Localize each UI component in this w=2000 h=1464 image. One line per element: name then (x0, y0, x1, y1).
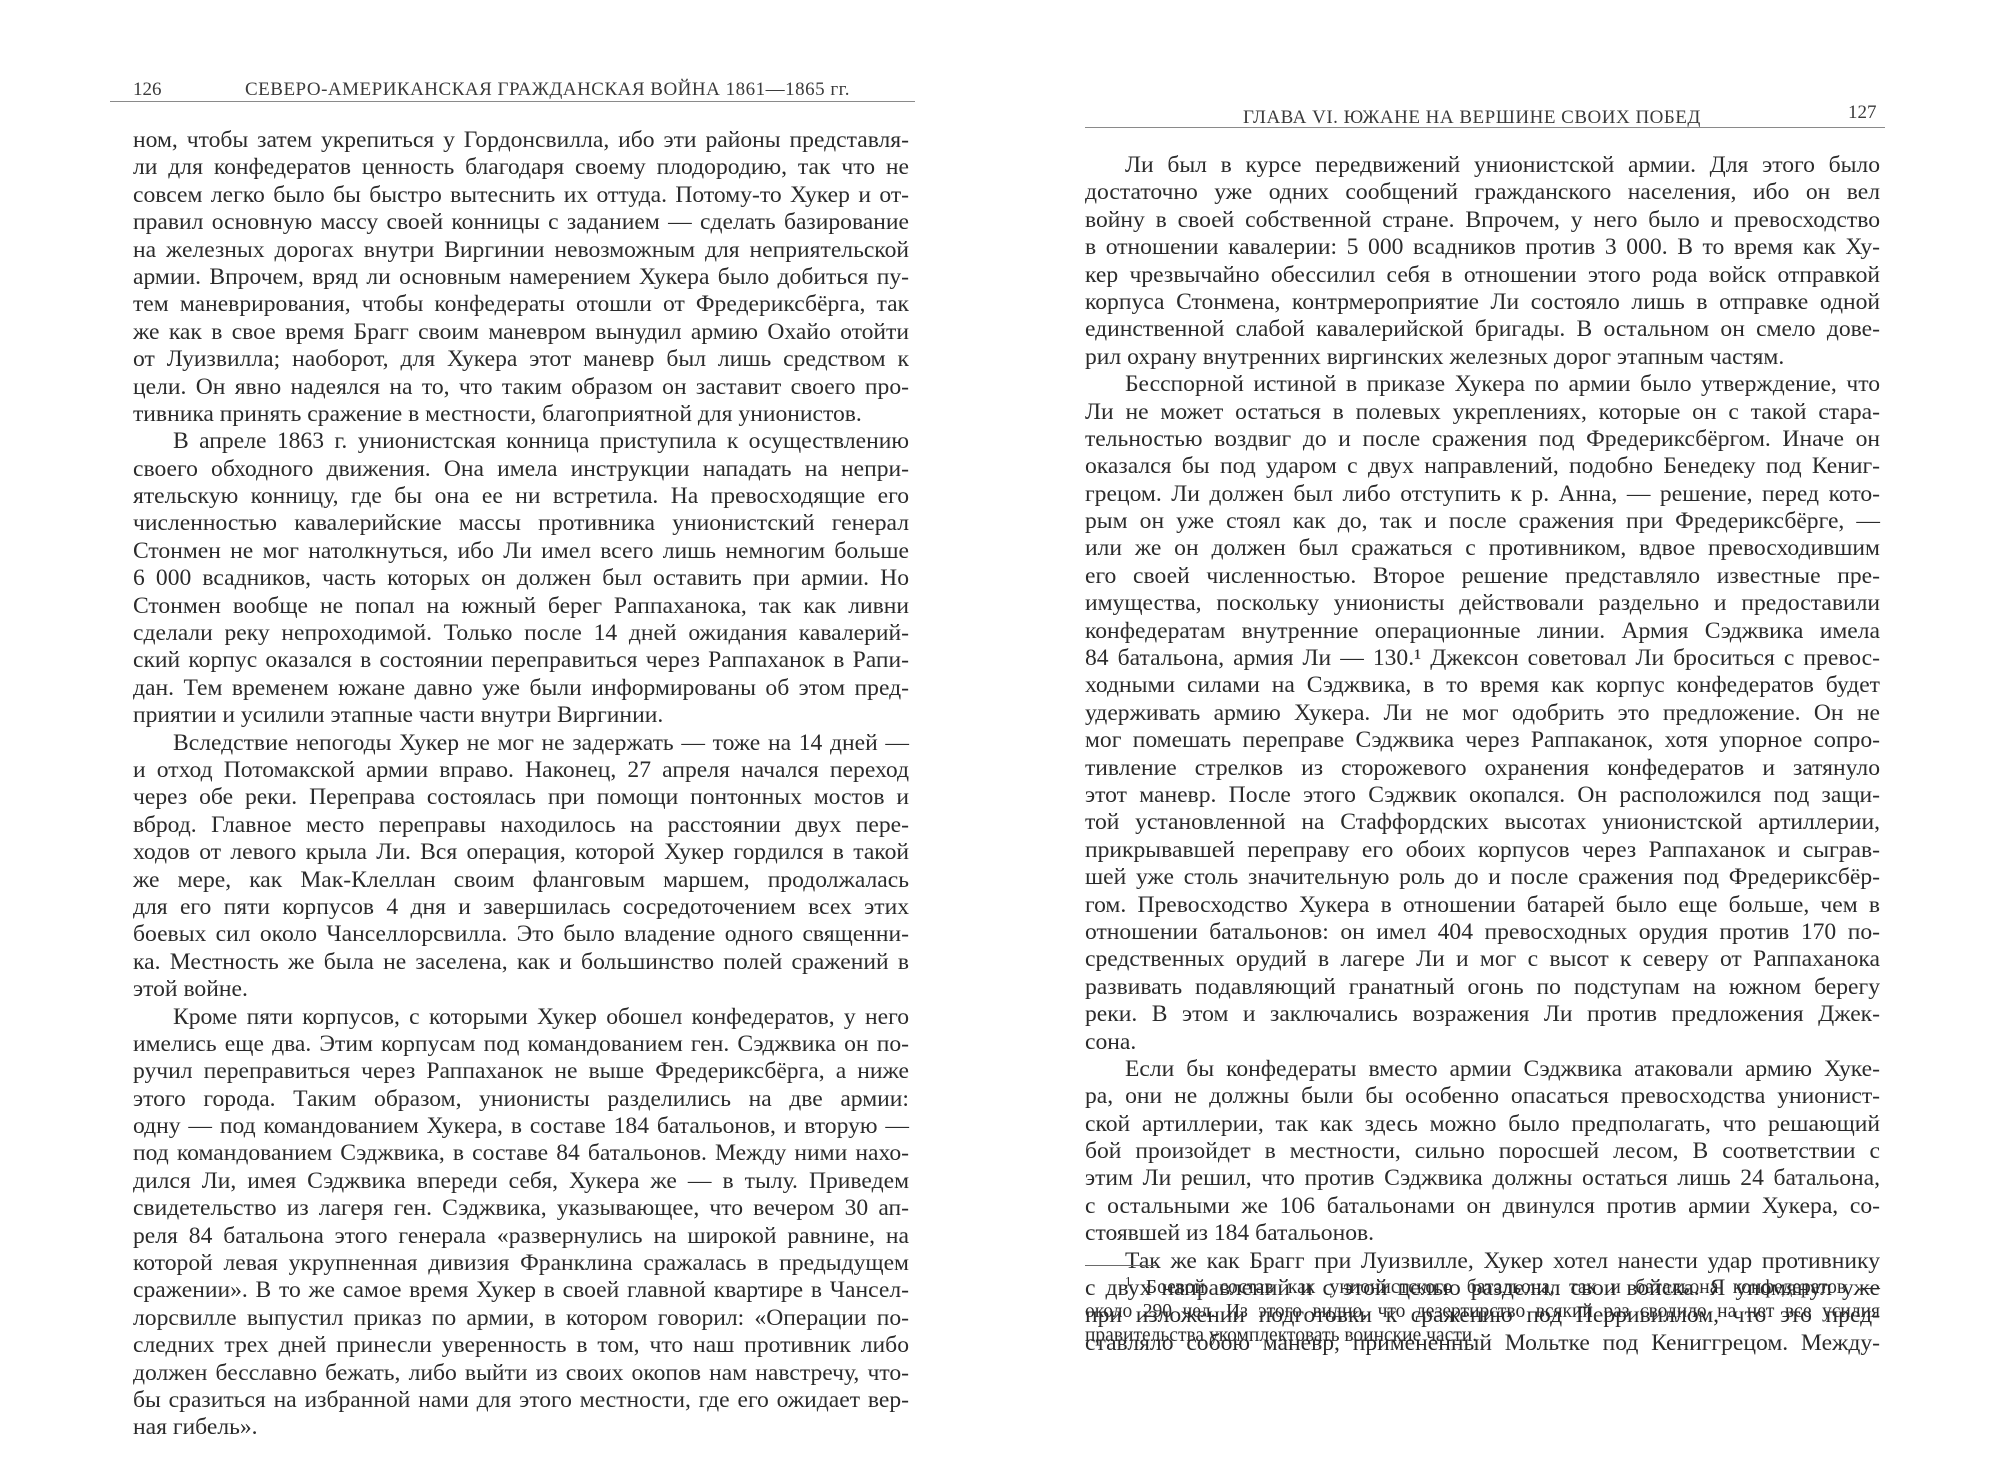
text-line: грецом. Ли должен был либо отступить к р… (1085, 481, 1880, 508)
text-line: его своей численностью. Второе решение п… (1085, 563, 1880, 590)
text-line: Стонмен вообще не попал на южный берег Р… (133, 593, 909, 620)
footnote: 1 Боевой состав как унионистского баталь… (1085, 1276, 1880, 1348)
text-line: мог помешать переправе Сэджвика через Ра… (1085, 727, 1880, 754)
text-line: этот маневр. После этого Сэджвик окопалс… (1085, 782, 1880, 809)
text-line: совсем легко было бы быстро вытеснить их… (133, 182, 909, 209)
footnote-text: Боевой состав как унионистского батальон… (1146, 1277, 1880, 1298)
text-line: численностью кавалерийские массы противн… (133, 510, 909, 537)
running-head: СЕВЕРО-АМЕРИКАНСКАЯ ГРАЖДАНСКАЯ ВОЙНА 18… (245, 79, 850, 101)
text-line: через обе реки. Переправа состоялась при… (133, 784, 909, 811)
text-line: ятельскую конницу, где бы она ее ни встр… (133, 483, 909, 510)
text-line: шей уже столь значительную роль до и пос… (1085, 864, 1880, 891)
text-line: свидетельство из лагеря ген. Сэджвика, у… (133, 1195, 909, 1222)
text-line: достаточно уже одних сообщений гражданск… (1085, 179, 1880, 206)
text-line: той установленной на Стаффордских высота… (1085, 809, 1880, 836)
text-line: стоявшей из 184 батальонов. (1085, 1220, 1880, 1247)
paragraph-start: В апреле 1863 г. унионистская конница пр… (133, 428, 909, 455)
text-line: рым он уже стоял как до, так и после сра… (1085, 508, 1880, 535)
text-line: которой левая укрупненная дивизия Франкл… (133, 1250, 909, 1277)
text-line: цели. Он явно надеялся на то, что таким … (133, 374, 909, 401)
text-line: лорсвилле выпустил приказ по армии, в ко… (133, 1305, 909, 1332)
text-line: сона. (1085, 1029, 1880, 1056)
header-rule (110, 101, 915, 102)
text-line: этой войне. (133, 976, 909, 1003)
header-rule (1085, 127, 1885, 128)
text-line: должен бесславно бежать, либо выйти из с… (133, 1360, 909, 1387)
paragraph-start: Бесспорной истиной в приказе Хукера по а… (1085, 371, 1880, 398)
text-line: же мере, как Мак-Клеллан своим фланговым… (133, 867, 909, 894)
body-text: Ли был в курсе передвижений унионистской… (1085, 152, 1880, 1357)
text-line: ручил переправиться через Раппаханок не … (133, 1058, 909, 1085)
text-line: 6 000 всадников, часть которых он должен… (133, 565, 909, 592)
text-line: армии. Впрочем, вряд ли основным намерен… (133, 264, 909, 291)
text-line: имелись еще два. Этим корпусам под коман… (133, 1031, 909, 1058)
text-line: единственной слабой кавалерийской бригад… (1085, 316, 1880, 343)
paragraph-start: Кроме пяти корпусов, с которыми Хукер об… (133, 1004, 909, 1031)
text-line: ходными силами на Сэджвика, в то время к… (1085, 672, 1880, 699)
text-line: или же он должен был сражаться с противн… (1085, 535, 1880, 562)
text-line: боевых сил около Чанселлорсвилла. Это бы… (133, 921, 909, 948)
text-line: вброд. Главное место переправы находилос… (133, 812, 909, 839)
text-line: в отношении кавалерии: 5 000 всадников п… (1085, 234, 1880, 261)
text-line: ра, они не должны были бы особенно опаса… (1085, 1083, 1880, 1110)
text-line: развивать подавляющий гранатный огонь по… (1085, 974, 1880, 1001)
text-line: тивление стрелков из сторожевого охранен… (1085, 755, 1880, 782)
text-line: под командованием Сэджвика, в составе 84… (133, 1140, 909, 1167)
text-line: сделали реку непроходимой. Только после … (133, 620, 909, 647)
page-number: 126 (133, 79, 162, 101)
text-line: этого города. Таким образом, унионисты р… (133, 1086, 909, 1113)
text-line: ский корпус оказался в состоянии перепра… (133, 647, 909, 674)
text-line: кер чрезвычайно обессилил себя в отношен… (1085, 262, 1880, 289)
text-line: реки. В этом и заключались возражения Ли… (1085, 1001, 1880, 1028)
text-line: удерживать армию Хукера. Ли не мог одобр… (1085, 700, 1880, 727)
paragraph-start: Так же как Брагг при Луизвилле, Хукер хо… (1085, 1248, 1880, 1275)
footnote-rule (1085, 1265, 1157, 1266)
text-line: рил охрану внутренних виргинских железны… (1085, 344, 1880, 371)
text-line: с остальными же 106 батальонами он двину… (1085, 1193, 1880, 1220)
paragraph-start: Ли был в курсе передвижений унионистской… (1085, 152, 1880, 179)
text-line: тельностью воздвиг до и после сражения п… (1085, 426, 1880, 453)
text-line: гом. Превосходство Хукера в отношении ба… (1085, 892, 1880, 919)
page-number: 127 (1848, 102, 1877, 124)
text-line: тивника принять сражение в местности, бл… (133, 401, 909, 428)
text-line: дился Ли, имея Сэджвика впереди себя, Ху… (133, 1168, 909, 1195)
body-text: ном, чтобы затем укрепиться у Гордонсвил… (133, 127, 909, 1442)
text-line: и отход Потомакской армии вправо. Наконе… (133, 757, 909, 784)
text-line: для его пяти корпусов 4 дня и завершилас… (133, 894, 909, 921)
text-line: корпуса Стонмена, контрмероприятие Ли со… (1085, 289, 1880, 316)
text-line: следних трех дней принесли уверенность в… (133, 1332, 909, 1359)
text-line: ходов от левого крыла Ли. Вся операция, … (133, 839, 909, 866)
text-line: сражении». В то же самое время Хукер в с… (133, 1277, 909, 1304)
text-line: на железных дорогах внутри Виргинии нево… (133, 237, 909, 264)
running-head: ГЛАВА VI. ЮЖАНЕ НА ВЕРШИНЕ СВОИХ ПОБЕД (1243, 107, 1701, 129)
text-line: ка. Местность же была не заселена, как и… (133, 949, 909, 976)
text-line: ли для конфедератов ценность благодаря с… (133, 154, 909, 181)
text-line: Ли не может остаться в полевых укреплени… (1085, 399, 1880, 426)
text-line: от Луизвилла; наоборот, для Хукера этот … (133, 346, 909, 373)
text-line: правил основную массу своей конницы с за… (133, 209, 909, 236)
text-line: средственных орудий в лагере Ли и мог с … (1085, 946, 1880, 973)
text-line: реля 84 батальона этого генерала «развер… (133, 1223, 909, 1250)
text-line: этим Ли решил, что против Сэджвика должн… (1085, 1165, 1880, 1192)
text-line: своего обходного движения. Она имела инс… (133, 456, 909, 483)
text-line: прикрывавшей переправу его обоих корпусо… (1085, 837, 1880, 864)
text-line: Стонмен не мог натолкнуться, ибо Ли имел… (133, 538, 909, 565)
text-line: одну — под командованием Хукера, в соста… (133, 1113, 909, 1140)
text-line: ской артиллерии, так как здесь можно был… (1085, 1111, 1880, 1138)
footnote-line: около 290 чел. Из этого видно, что дезер… (1085, 1300, 1880, 1324)
text-line: ная гибель». (133, 1414, 909, 1441)
text-line: имущества, поскольку унионисты действова… (1085, 590, 1880, 617)
text-line: войну в своей собственной стране. Впроче… (1085, 207, 1880, 234)
paragraph-start: Если бы конфедераты вместо армии Сэджвик… (1085, 1056, 1880, 1083)
paragraph-start: Вследствие непогоды Хукер не мог не заде… (133, 730, 909, 757)
footnote-line: правительства укомплектовать воинские ча… (1085, 1324, 1880, 1348)
text-line: тем маневрирования, чтобы конфедераты от… (133, 291, 909, 318)
text-line: бы сразиться на избранной нами для этого… (133, 1387, 909, 1414)
footnote-line: 1 Боевой состав как унионистского баталь… (1085, 1276, 1880, 1300)
left-page: 126 СЕВЕРО-АМЕРИКАНСКАЯ ГРАЖДАНСКАЯ ВОЙН… (0, 0, 1000, 1464)
text-line: ном, чтобы затем укрепиться у Гордонсвил… (133, 127, 909, 154)
text-line: приятии и усилили этапные части внутри В… (133, 702, 909, 729)
text-line: же как в свое время Брагг своим маневром… (133, 319, 909, 346)
right-page: ГЛАВА VI. ЮЖАНЕ НА ВЕРШИНЕ СВОИХ ПОБЕД 1… (1000, 0, 2000, 1464)
text-line: дан. Тем временем южане давно уже были и… (133, 675, 909, 702)
text-line-with-footnote-ref: 84 батальона, армия Ли — 130.¹ Джексон с… (1085, 645, 1880, 672)
text-line: отношении батальонов: он имел 404 превос… (1085, 919, 1880, 946)
text-line: бой произойдет в местности, сильно порос… (1085, 1138, 1880, 1165)
text-line: оказался бы под ударом с двух направлени… (1085, 453, 1880, 480)
text-line: конфедератам внутренние операционные лин… (1085, 618, 1880, 645)
footnote-marker: 1 (1125, 1274, 1132, 1289)
